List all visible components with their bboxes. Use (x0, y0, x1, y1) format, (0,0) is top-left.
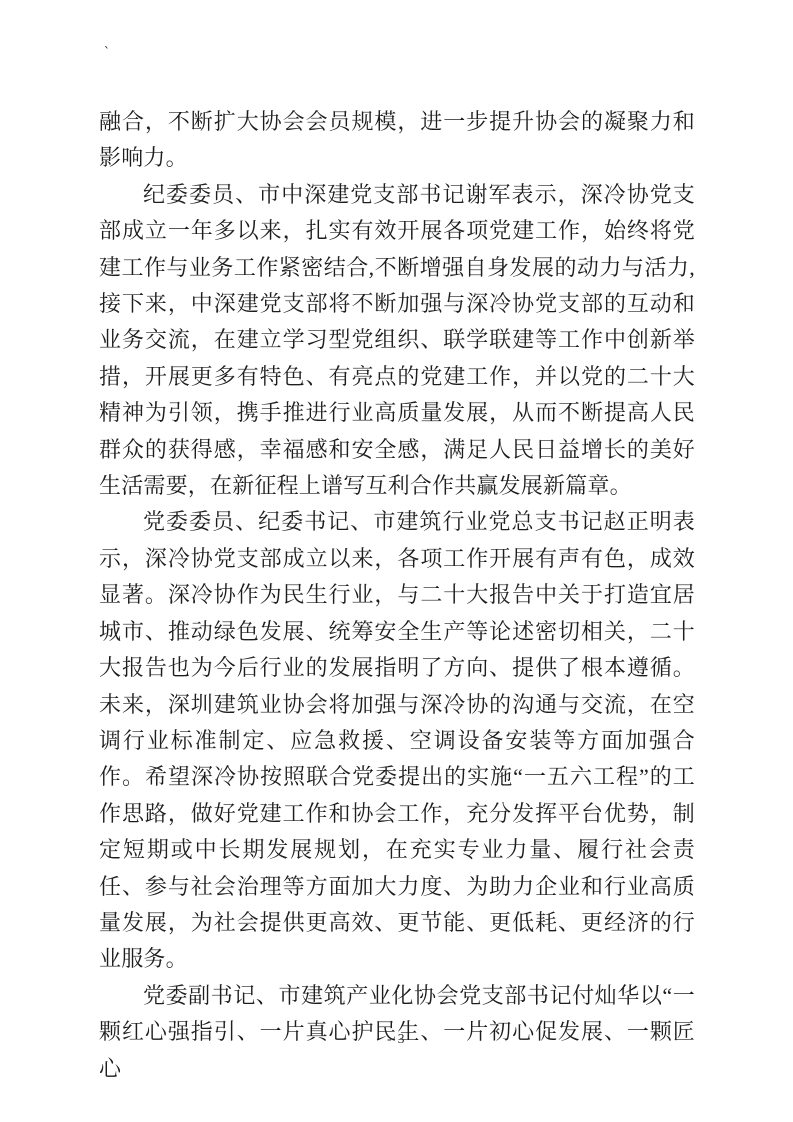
page-number: - 3 (0, 1031, 793, 1047)
document-body: 融合，不断扩大协会会员规模，进一步提升协会的凝聚力和影响力。 纪委委员、市中深建… (99, 104, 695, 1087)
paragraph: 纪委委员、市中深建党支部书记谢军表示，深冷协党支部成立一年多以来，扎实有效开展各… (99, 177, 695, 505)
paragraph: 党委委员、纪委书记、市建筑行业党总支书记赵正明表示，深冷协党支部成立以来，各项工… (99, 504, 695, 977)
document-page: ` 融合，不断扩大协会会员规模，进一步提升协会的凝聚力和影响力。 纪委委员、市中… (0, 0, 793, 1122)
paragraph: 融合，不断扩大协会会员规模，进一步提升协会的凝聚力和影响力。 (99, 104, 695, 177)
stray-mark: ` (103, 46, 111, 61)
